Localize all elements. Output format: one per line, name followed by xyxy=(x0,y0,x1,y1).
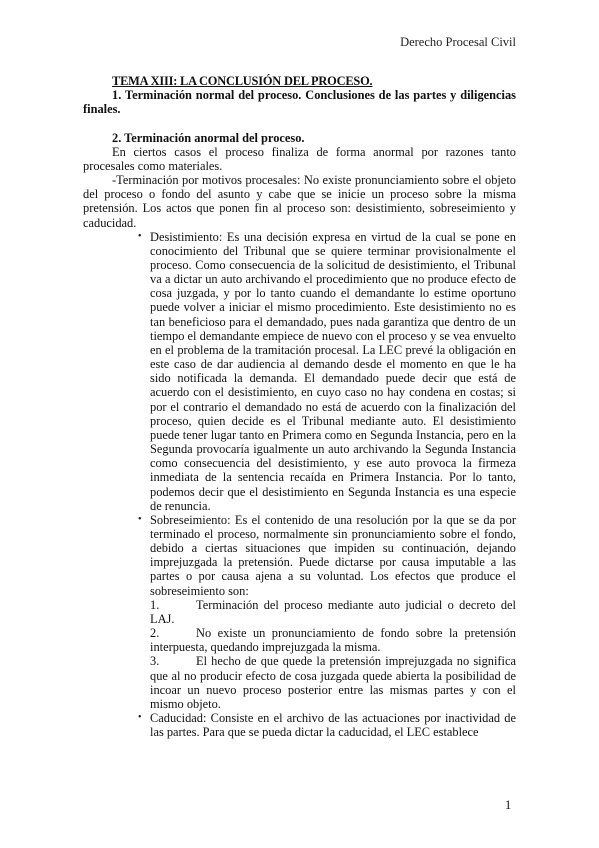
number-label: 2. xyxy=(150,626,196,640)
numbered-item-2: 2.No existe un pronunciamiento de fondo … xyxy=(150,626,516,654)
section-2-intro: En ciertos casos el proceso finaliza de … xyxy=(83,145,516,173)
procesales-paragraph: -Terminación por motivos procesales: No … xyxy=(83,173,516,230)
numbered-item-text: El hecho de que quede la pretensión impr… xyxy=(150,654,516,710)
list-item-sobreseimiento: • Sobreseimiento: Es el contenido de una… xyxy=(150,513,516,711)
numbered-item-text: No existe un pronunciamiento de fondo so… xyxy=(150,626,516,654)
numbered-item-1: 1.Terminación del proceso mediante auto … xyxy=(150,598,516,626)
number-label: 1. xyxy=(150,598,196,612)
bullet-icon: • xyxy=(138,711,142,725)
section-1-heading: 1. Terminación normal del proceso. Concl… xyxy=(83,88,516,116)
list-item-caducidad: • Caducidad: Consiste en el archivo de l… xyxy=(150,711,516,739)
list-item-text: Desistimiento: Es una decisión expresa e… xyxy=(150,230,516,513)
number-label: 3. xyxy=(150,654,196,668)
bullet-icon: • xyxy=(138,513,142,527)
running-header: Derecho Procesal Civil xyxy=(400,35,516,50)
section-2-heading: 2. Terminación anormal del proceso. xyxy=(83,131,516,145)
list-item-text: Caducidad: Consiste en el archivo de las… xyxy=(150,711,516,739)
list-item-desistimiento: • Desistimiento: Es una decisión expresa… xyxy=(150,230,516,513)
document-page: Derecho Procesal Civil TEMA XIII: LA CON… xyxy=(0,0,599,848)
list-item-text: Sobreseimiento: Es el contenido de una r… xyxy=(150,513,516,598)
termination-acts-list: • Desistimiento: Es una decisión expresa… xyxy=(83,230,516,740)
bullet-icon: • xyxy=(138,230,142,244)
document-body: TEMA XIII: LA CONCLUSIÓN DEL PROCESO. 1.… xyxy=(83,74,516,739)
page-number: 1 xyxy=(505,798,511,813)
document-title: TEMA XIII: LA CONCLUSIÓN DEL PROCESO. xyxy=(83,74,516,88)
numbered-item-text: Terminación del proceso mediante auto ju… xyxy=(150,598,516,626)
paragraph-spacer xyxy=(83,116,516,130)
numbered-item-3: 3.El hecho de que quede la pretensión im… xyxy=(150,654,516,711)
